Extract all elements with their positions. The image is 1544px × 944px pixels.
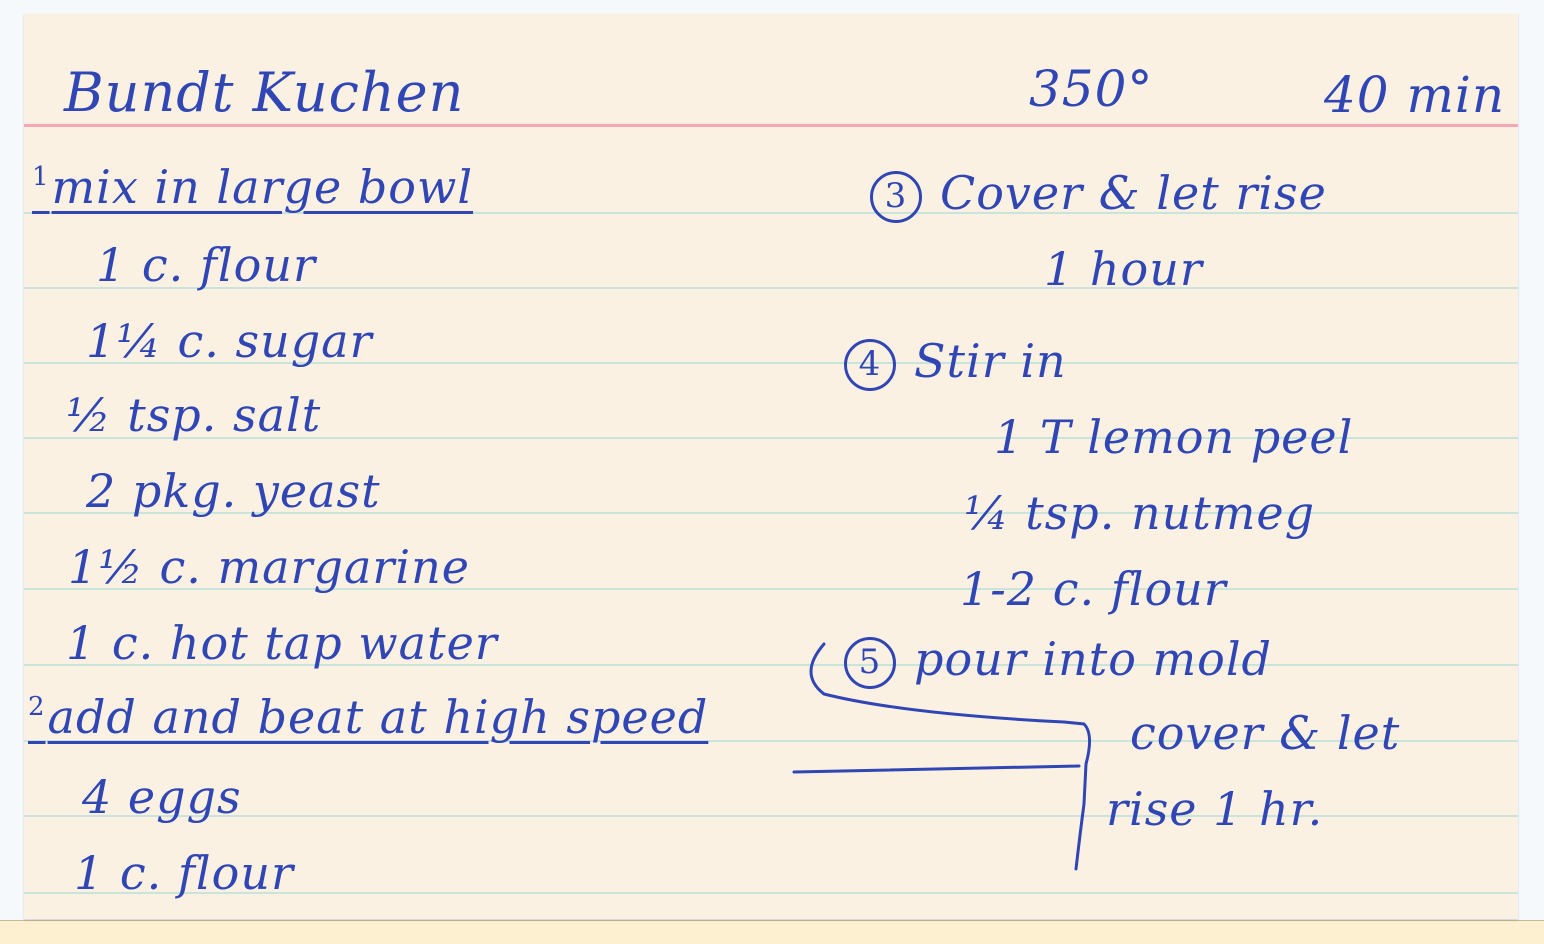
ingredient-line: 1 c. flour [96,242,316,288]
step-5-line-2: cover & let [1130,710,1400,756]
ingredient-line: ½ tsp. salt [66,392,321,438]
step-3-text: Cover & let rise [940,166,1327,220]
step-4-text: Stir in [914,334,1067,388]
step-1-number: 1 [32,162,50,192]
step-3-number: 3 [870,171,922,223]
step-2-number: 2 [28,692,46,722]
ingredient-line: 4 eggs [82,774,242,820]
step-2-heading: 2add and beat at high speed [28,694,708,740]
recipe-card: Bundt Kuchen 350° 40 min 1mix in large b… [24,14,1518,919]
bake-time: 40 min [1324,70,1505,120]
oven-temperature: 350° [1029,64,1153,114]
ingredient-line: 1¼ c. sugar [86,318,373,364]
ingredient-line: 2 pkg. yeast [86,468,381,514]
step-4-line: 4Stir in [844,338,1067,391]
recipe-title: Bundt Kuchen [64,66,464,120]
step-2-text: add and beat at high speed [48,690,709,744]
ingredient-line: 1 T lemon peel [994,414,1353,460]
ingredient-line: 1½ c. margarine [68,544,470,590]
header-rule [24,124,1518,127]
ingredient-line: 1-2 c. flour [960,566,1227,612]
step-3-line: 3Cover & let rise [870,170,1327,223]
bracket-arrow-icon [784,634,1144,884]
step-3-duration: 1 hour [1044,246,1203,292]
step-1-text: mix in large bowl [52,160,474,214]
step-1-heading: 1mix in large bowl [32,164,473,210]
ingredient-line: ¼ tsp. nutmeg [964,490,1315,536]
ingredient-line: 1 c. flour [74,850,294,896]
step-4-number: 4 [844,339,896,391]
ingredient-line: 1 c. hot tap water [66,620,498,666]
scanner-bed-strip [0,920,1544,944]
